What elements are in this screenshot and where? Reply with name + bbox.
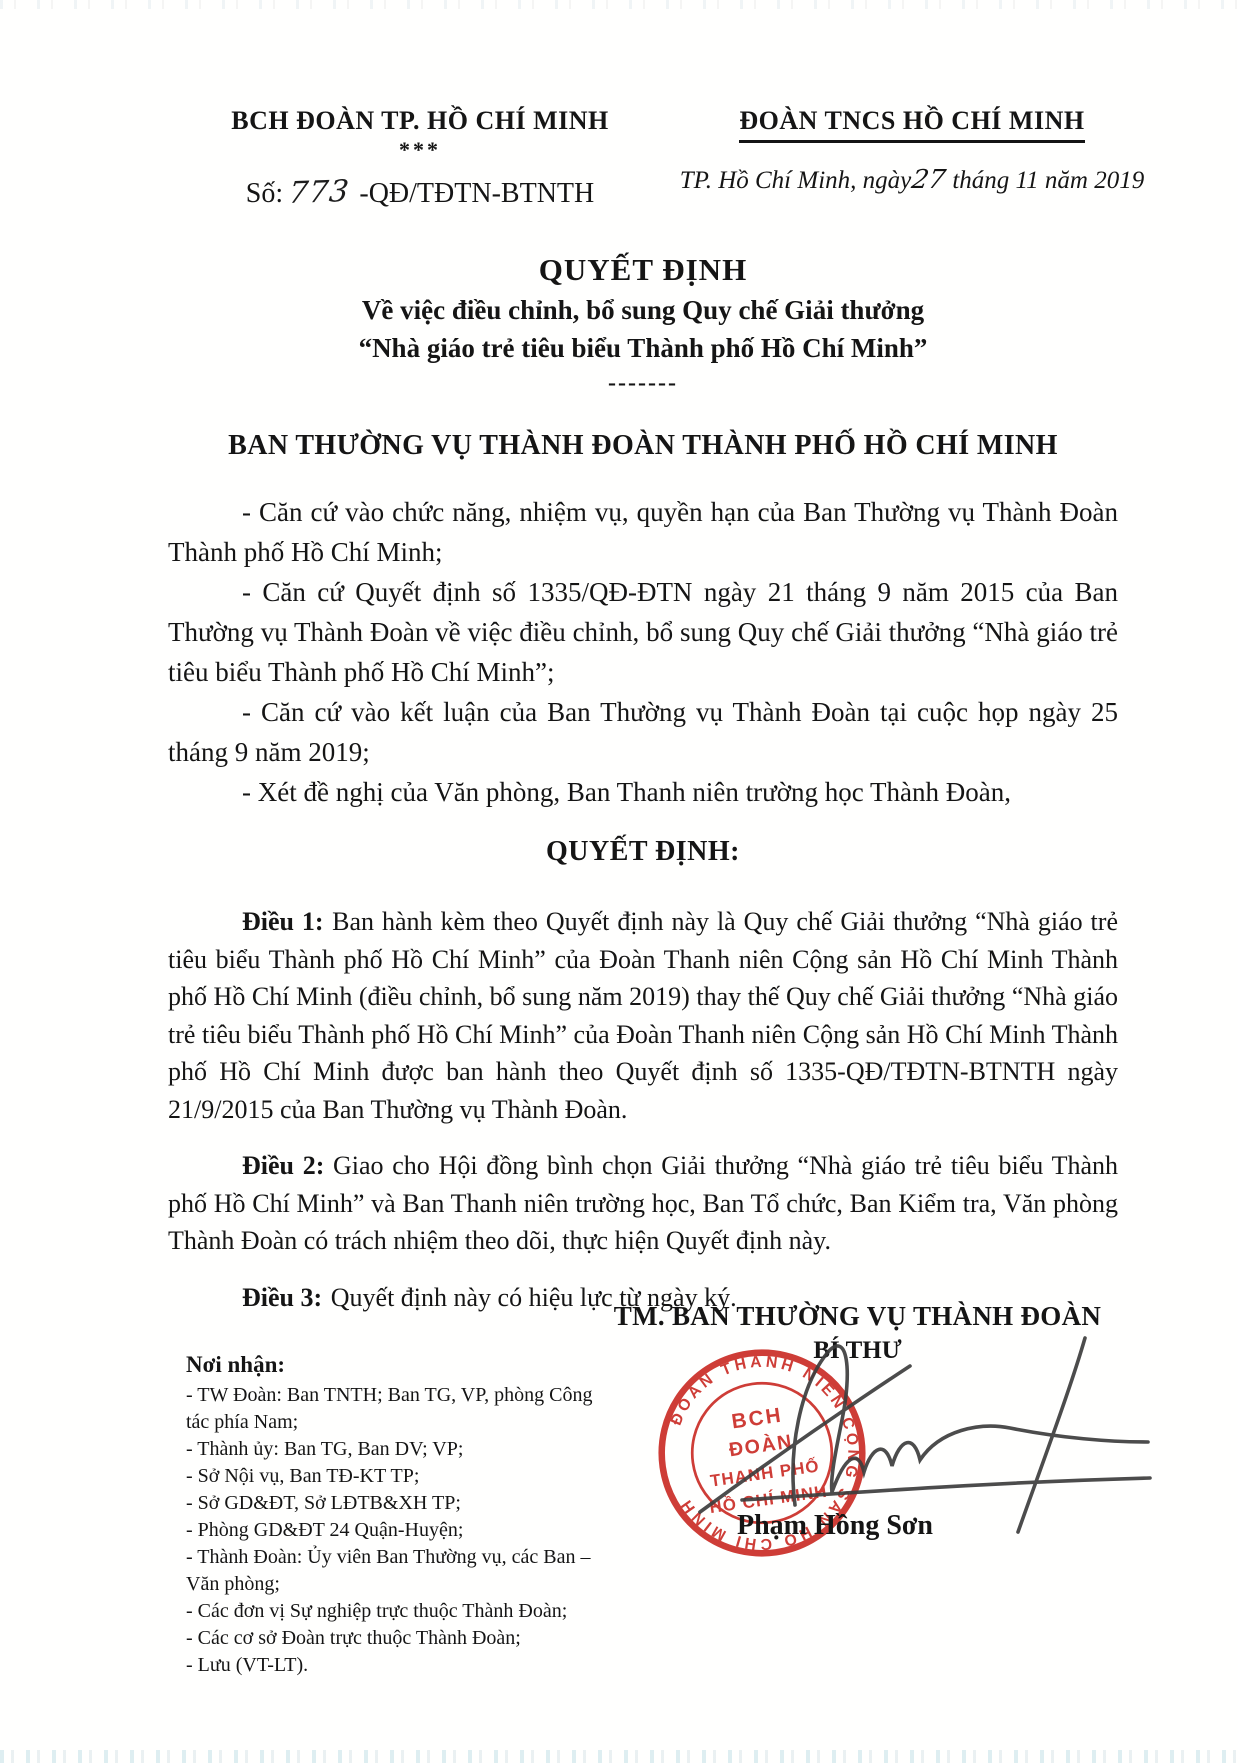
document-subtitle-1: Về việc điều chỉnh, bổ sung Quy chế Giải… [168, 295, 1118, 326]
preamble-paragraph: - Căn cứ vào kết luận của Ban Thường vụ … [168, 692, 1118, 772]
preamble-paragraph: - Căn cứ vào chức năng, nhiệm vụ, quyền … [168, 492, 1118, 572]
recipients-heading: Nơi nhận: [186, 1352, 606, 1378]
header-stars-separator: *** [198, 137, 642, 163]
scan-noise-top [0, 0, 1238, 9]
document-subtitle-2: “Nhà giáo trẻ tiêu biểu Thành phố Hồ Chí… [168, 333, 1118, 364]
document-number-line: Số:773-QĐ/TĐTN-BTNTH [198, 175, 642, 210]
issuing-org-name: BCH ĐOÀN TP. HỒ CHÍ MINH [198, 106, 642, 136]
recipient-item: - Lưu (VT-LT). [186, 1652, 606, 1679]
article-1-text: Ban hành kèm theo Quyết định này là Quy … [168, 907, 1118, 1124]
header-right: ĐOÀN TNCS HỒ CHÍ MINH TP. Hồ Chí Minh, n… [672, 106, 1152, 195]
recipient-item: - Sở GD&ĐT, Sở LĐTB&XH TP; [186, 1490, 606, 1517]
number-prefix: Số: [246, 178, 283, 209]
recipients-block: Nơi nhận: - TW Đoàn: Ban TNTH; Ban TG, V… [186, 1352, 606, 1679]
preamble-section: - Căn cứ vào chức năng, nhiệm vụ, quyền … [168, 492, 1118, 812]
preamble-paragraph: - Căn cứ Quyết định số 1335/QĐ-ĐTN ngày … [168, 572, 1118, 692]
article-2-label: Điều 2: [242, 1151, 324, 1180]
article-1: Điều 1:Ban hành kèm theo Quyết định này … [168, 903, 1118, 1128]
articles-section: Điều 1:Ban hành kèm theo Quyết định này … [168, 903, 1118, 1335]
handwritten-document-number: 773 [287, 174, 351, 211]
recipient-item: - Sở Nội vụ, Ban TĐ-KT TP; [186, 1463, 606, 1490]
article-1-label: Điều 1: [242, 907, 324, 936]
signer-name: Phạm Hồng Sơn [695, 1510, 975, 1542]
handwritten-day: 27 [910, 165, 948, 195]
date-suffix: tháng 11 năm 2019 [952, 167, 1144, 194]
decision-heading: QUYẾT ĐỊNH: [168, 836, 1118, 868]
scan-noise-bottom [0, 1750, 1238, 1763]
number-suffix: -QĐ/TĐTN-BTNTH [359, 178, 594, 209]
recipient-item: - Thành Đoàn: Ủy viên Ban Thường vụ, các… [186, 1544, 606, 1598]
article-3-label: Điều 3: [242, 1283, 322, 1312]
recipient-item: - Thành ủy: Ban TG, Ban DV; VP; [186, 1436, 606, 1463]
document-title: QUYẾT ĐỊNH [168, 252, 1118, 288]
place-date-line: TP. Hồ Chí Minh, ngày27tháng 11 năm 2019 [672, 165, 1152, 195]
issuer-heading: BAN THƯỜNG VỤ THÀNH ĐOÀN THÀNH PHỐ HỒ CH… [168, 430, 1118, 462]
recipient-item: - Các cơ sở Đoàn trực thuộc Thành Đoàn; [186, 1625, 606, 1652]
preamble-paragraph: - Xét đề nghị của Văn phòng, Ban Thanh n… [168, 772, 1118, 812]
document-page: BCH ĐOÀN TP. HỒ CHÍ MINH *** Số:773-QĐ/T… [0, 0, 1238, 1763]
article-2: Điều 2:Giao cho Hội đồng bình chọn Giải … [168, 1147, 1118, 1260]
recipient-item: - Phòng GD&ĐT 24 Quận-Huyện; [186, 1517, 606, 1544]
national-org-name: ĐOÀN TNCS HỒ CHÍ MINH [739, 106, 1084, 143]
header-left: BCH ĐOÀN TP. HỒ CHÍ MINH *** Số:773-QĐ/T… [198, 106, 642, 210]
recipient-item: - Các đơn vị Sự nghiệp trực thuộc Thành … [186, 1598, 606, 1625]
recipient-item: - TW Đoàn: Ban TNTH; Ban TG, VP, phòng C… [186, 1382, 606, 1436]
date-prefix: TP. Hồ Chí Minh, ngày [680, 167, 912, 194]
title-block: QUYẾT ĐỊNH Về việc điều chỉnh, bổ sung Q… [168, 252, 1118, 397]
title-divider-dashes: ------- [168, 370, 1118, 397]
